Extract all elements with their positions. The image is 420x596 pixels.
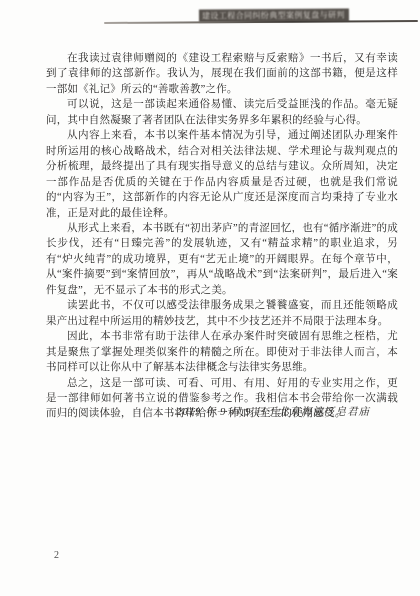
paragraph: 因此，本书非常有助于法律人在承办案件时突破固有思维之桎梏，尤其是聚焦了掌握处理类… [46,329,398,375]
paragraph: 可以说，这是一部读起来通俗易懂、读完后受益匪浅的作品。毫无疑问，其中自然凝聚了著… [46,97,398,128]
header-rule [104,20,418,24]
dateline: 2019 年 9 月 9 日于北京海淀区皂君庙 [176,404,370,419]
book-page: 建设工程合同纠纷典型案例复盘与研判 在我读过袁律师赠阅的《建设工程索赔与反索赔》… [0,0,420,596]
paragraph: 读罢此书，不仅可以感受法律服务成果之饕餮盛宴，而且还能领略成果产出过程中所运用的… [46,298,398,329]
paragraph: 从形式上来看，本书既有“初出茅庐”的青涩回忆，也有“循序渐进”的成长步伐，还有“… [46,221,398,298]
paragraph: 在我读过袁律师赠阅的《建设工程索赔与反索赔》一书后，又有幸读到了袁律师的这部新作… [46,51,398,97]
paragraph: 从内容上来看，本书以案件基本情况为引导，通过阐述团队办理案件时所运用的核心战略战… [46,128,398,221]
page-number: 2 [54,550,59,561]
page-body: 在我读过袁律师赠阅的《建设工程索赔与反索赔》一书后，又有幸读到了袁律师的这部新作… [46,51,398,422]
